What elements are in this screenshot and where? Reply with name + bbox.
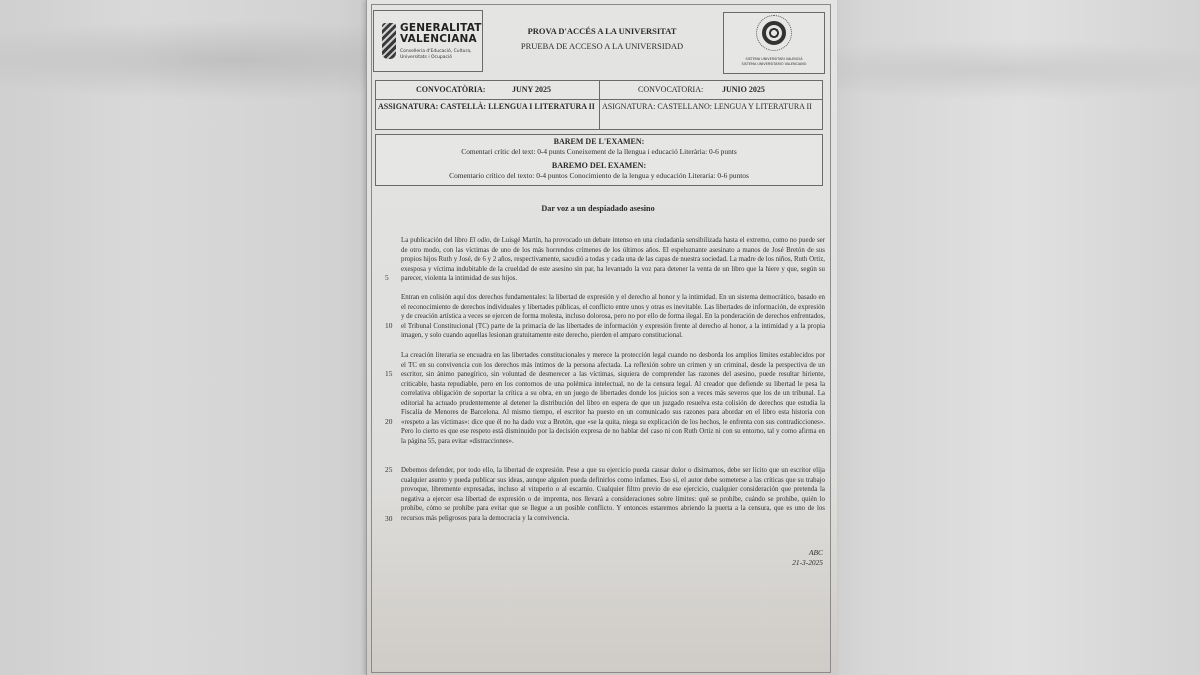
- barem-text-val: Comentari crític del text: 0-4 punts Con…: [376, 147, 822, 157]
- paragraph-1: La publicación del libro El odio, de Lui…: [401, 236, 825, 284]
- convocatoria-value-val: JUNY 2025: [512, 85, 551, 95]
- book-title: El odio: [469, 237, 489, 244]
- exam-heading: PROVA D'ACCÉS A LA UNIVERSITAT PRUEBA DE…: [487, 24, 717, 54]
- source-name: ABC: [792, 548, 823, 558]
- line-number: 15: [385, 369, 392, 378]
- convocatoria-table: CONVOCATÒRIA: JUNY 2025 CONVOCATORIA: JU…: [375, 80, 823, 130]
- logo-name: GENERALITAT VALENCIANA: [400, 23, 482, 45]
- barem-title-es: BAREMO DEL EXAMEN:: [376, 161, 822, 171]
- source-date: 21-3-2025: [792, 558, 823, 568]
- convocatoria-label-val: CONVOCATÒRIA:: [416, 85, 485, 95]
- barem-text-es: Comentario crítico del texto: 0-4 puntos…: [376, 171, 822, 181]
- title-spanish: PRUEBA DE ACCESO A LA UNIVERSIDAD: [487, 39, 717, 54]
- subject-valencian: ASSIGNATURA: CASTELLÀ: LLENGUA I LITERAT…: [378, 102, 596, 112]
- article-title: Dar voz a un despiadado asesino: [375, 204, 821, 213]
- line-number: 5: [385, 273, 389, 282]
- convocatoria-label-es: CONVOCATORIA:: [638, 85, 703, 95]
- convocatoria-value-es: JUNIO 2025: [722, 85, 765, 95]
- line-number: 30: [385, 514, 392, 523]
- barem-title-val: BAREM DE L'EXAMEN:: [376, 137, 822, 147]
- paragraph-2: Entran en colisión aquí dos derechos fun…: [401, 293, 825, 341]
- generalitat-logo: GENERALITAT VALENCIANA Conselleria d'Edu…: [373, 10, 483, 72]
- line-number: 25: [385, 465, 392, 474]
- line-number: 20: [385, 417, 392, 426]
- university-seal-icon: [762, 21, 786, 45]
- coat-of-arms-icon: [382, 23, 396, 59]
- exam-sheet: GENERALITAT VALENCIANA Conselleria d'Edu…: [366, 0, 837, 675]
- paragraph-4: Debemos defender, por todo ello, la libe…: [401, 466, 825, 523]
- line-number: 10: [385, 321, 392, 330]
- university-system-name: SISTEMA UNIVERSITARI VALENCIÀ SISTEMA UN…: [728, 57, 820, 66]
- title-valencian: PROVA D'ACCÉS A LA UNIVERSITAT: [487, 24, 717, 39]
- logo-subtitle: Conselleria d'Educació, Cultura, Univers…: [400, 49, 472, 61]
- university-system-logo: SISTEMA UNIVERSITARI VALENCIÀ SISTEMA UN…: [723, 12, 825, 74]
- subject-spanish: ASIGNATURA: CASTELLANO: LENGUA Y LITERAT…: [602, 102, 820, 112]
- grading-scale: BAREM DE L'EXAMEN: Comentari crític del …: [375, 134, 823, 186]
- paragraph-3: La creación literaria se encuadra en las…: [401, 351, 825, 446]
- article-source: ABC 21-3-2025: [792, 548, 823, 567]
